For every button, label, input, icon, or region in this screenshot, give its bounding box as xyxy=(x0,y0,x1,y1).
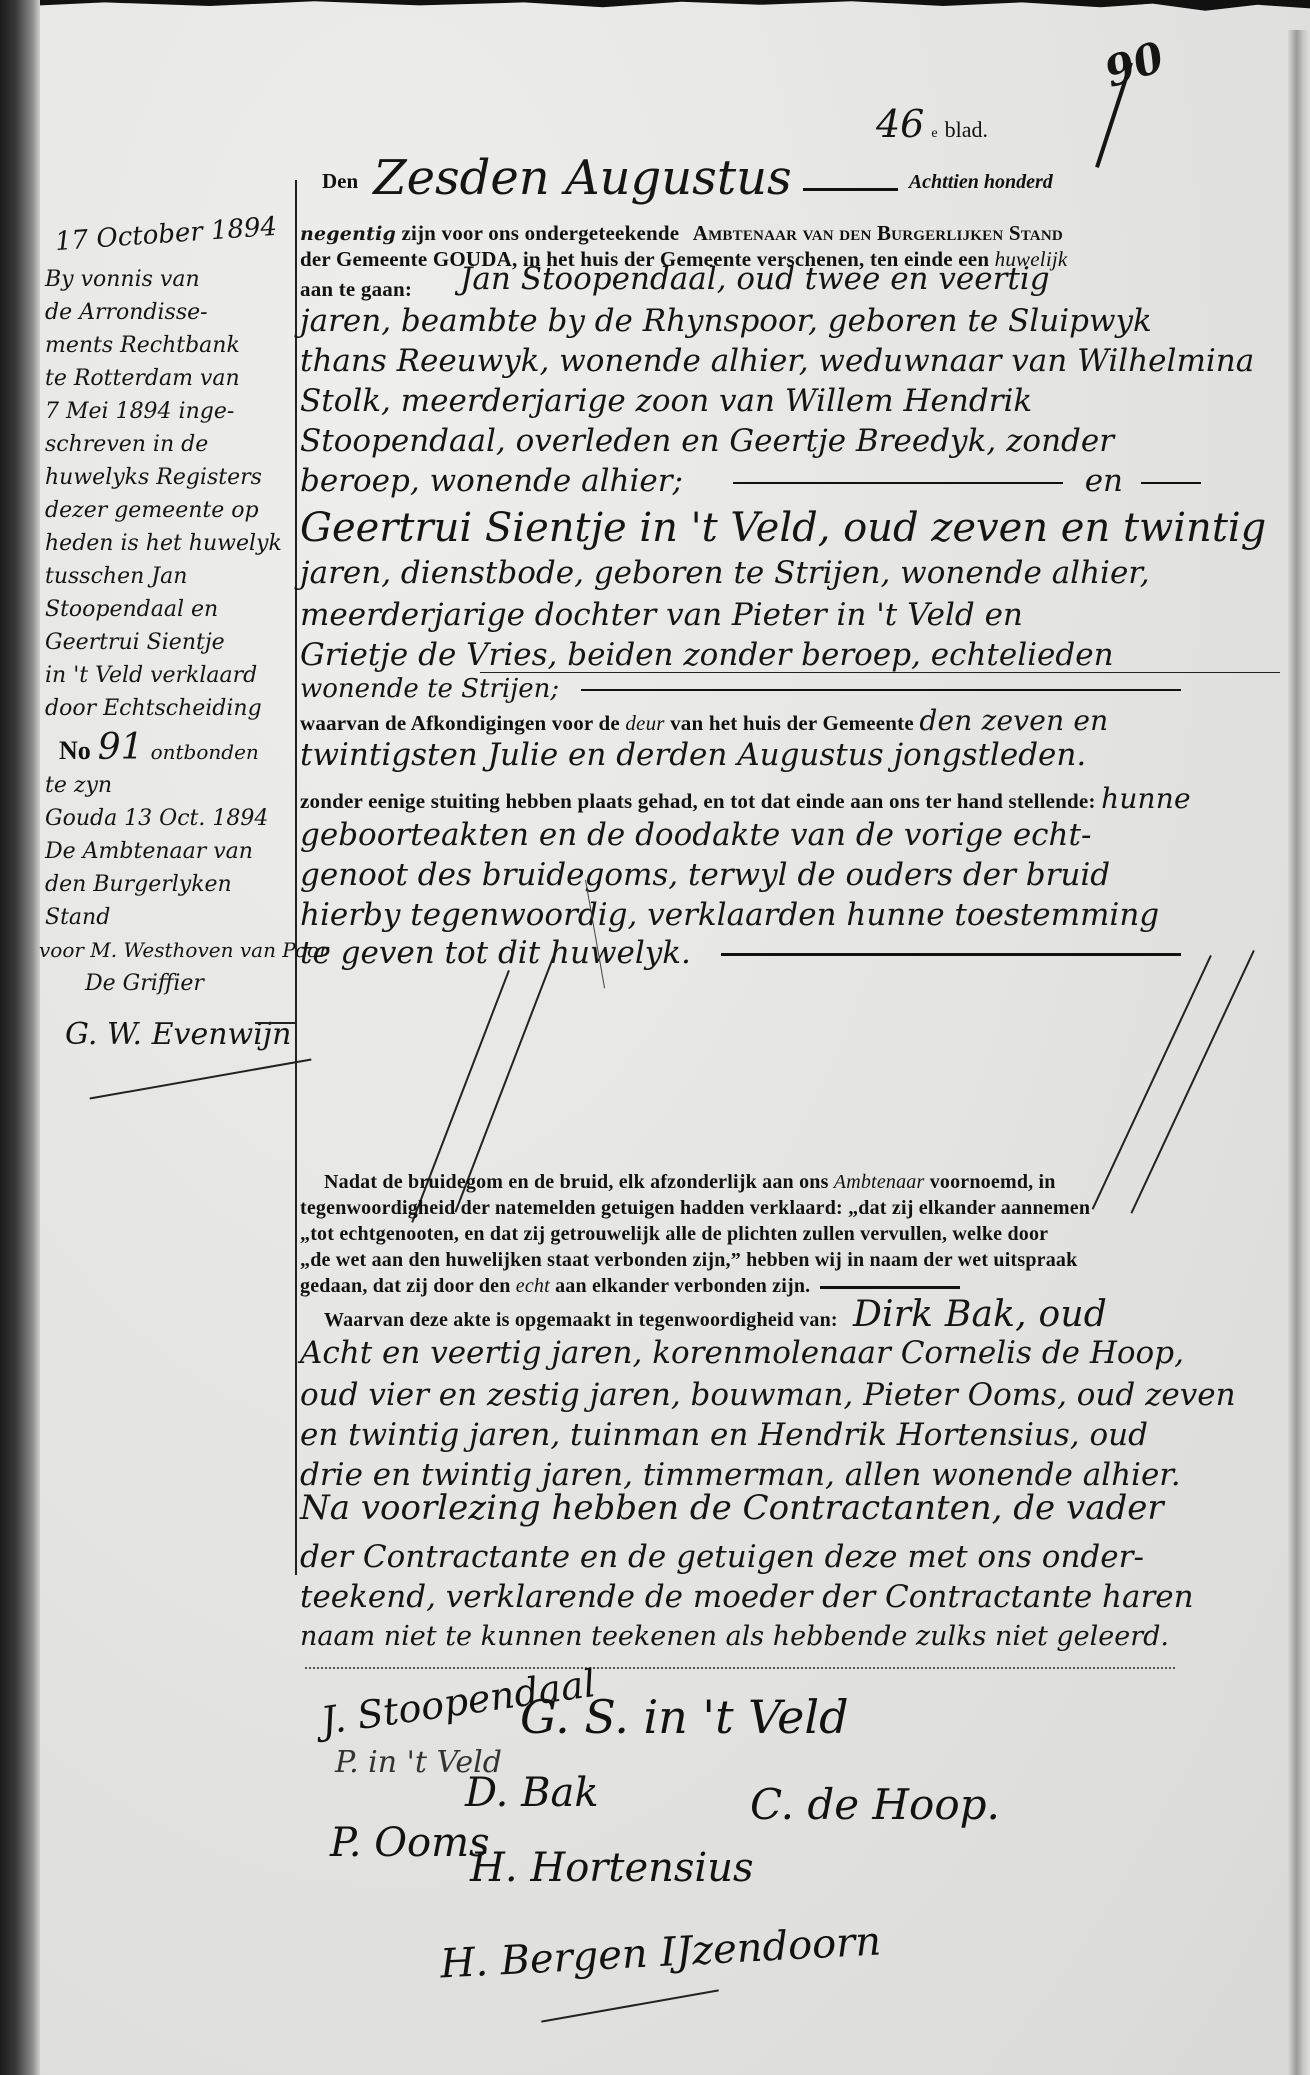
den-label: Den xyxy=(322,169,358,193)
margin-line: schreven in de xyxy=(45,428,290,461)
declaration-text-1b: voornoemd, in xyxy=(930,1171,1056,1193)
fill-rule xyxy=(581,689,1181,691)
margin-line: De Ambtenaar van xyxy=(45,835,290,868)
declaration-line-2: tegenwoordigheid der natemelden getuigen… xyxy=(300,1196,1285,1221)
documents-line-3: hierby tegenwoordig, verklaarden hunne t… xyxy=(300,898,1285,932)
witnesses-line-4: drie en twintig jaren, timmerman, allen … xyxy=(300,1458,1285,1492)
official-title: Ambtenaar van den Burgerlijken Stand xyxy=(693,221,1063,245)
margin-line: Stoopendaal en xyxy=(45,593,290,626)
witnesses-line-1: Acht en veertig jaren, korenmolenaar Cor… xyxy=(300,1336,1285,1370)
page-number-value: 46 xyxy=(876,102,924,146)
groom-bride-connector: en xyxy=(1085,463,1123,499)
number-value: 91 xyxy=(98,727,144,768)
year-print: Achttien honderd xyxy=(909,171,1053,193)
groom-line-6-text: beroep, wonende alhier; xyxy=(300,463,683,499)
declaration-line-1: Nadat de bruidegom en de bruid, elk afzo… xyxy=(300,1170,1285,1195)
bride-line-2: jaren, dienstbode, geboren te Strijen, w… xyxy=(300,556,1285,590)
signature-witness-bak: D. Bak xyxy=(465,1770,599,1816)
declaration-line-5: gedaan, dat zij door den echt aan elkand… xyxy=(300,1274,1285,1299)
witnesses-line-3: en twintig jaren, tuinman en Hendrik Hor… xyxy=(300,1418,1285,1452)
header-date-line: Den Zesden Augustus Achttien honderd xyxy=(300,150,1285,206)
date-script: Zesden Augustus xyxy=(373,150,791,206)
groom-line-5: Stoopendaal, overleden en Geertje Breedy… xyxy=(300,424,1285,458)
margin-griffier: De Griffier xyxy=(85,967,290,1000)
fill-rule xyxy=(820,1286,960,1289)
groom-line-2: jaren, beambte by de Rhynspoor, geboren … xyxy=(300,304,1285,338)
margin-rule xyxy=(295,180,297,1575)
declaration-text-1: Nadat de bruidegom en de bruid, elk afzo… xyxy=(324,1171,829,1193)
margin-tick xyxy=(255,1022,295,1024)
proclamation-line-2: twintigsten Julie en derden Augustus jon… xyxy=(300,738,1285,772)
bride-line-5: wonende te Strijen; xyxy=(300,672,1285,706)
witnesses-intro-line: Waarvan deze akte is opgemaakt in tegenw… xyxy=(300,1302,1285,1333)
signature-rule xyxy=(305,1667,1175,1669)
year-script: negentig xyxy=(300,223,396,245)
closing-line-4: naam niet te kunnen teekenen als hebbend… xyxy=(300,1620,1285,1654)
documents-line-2: genoot des bruidegoms, terwyl de ouders … xyxy=(300,858,1285,892)
margin-line: Stand xyxy=(45,901,290,934)
signature-witness-ooms: P. Ooms xyxy=(330,1820,490,1866)
groom-line-1: Jan Stoopendaal, oud twee en veertig xyxy=(460,262,1290,296)
page-number-suffix: e xyxy=(931,126,937,141)
closing-line-2: der Contractante en de getuigen deze met… xyxy=(300,1540,1285,1574)
margin-line: heden is het huwelyk xyxy=(45,527,290,560)
declaration-line-4: „de wet aan den huwelijken staat verbond… xyxy=(300,1248,1285,1273)
margin-line: By vonnis van xyxy=(45,263,290,296)
bride-line-3: meerderjarige dochter van Pieter in 't V… xyxy=(300,598,1285,632)
intro-line-1: negentig zijn voor ons ondergeteekende A… xyxy=(300,220,1285,247)
margin-line: te zyn xyxy=(45,769,290,802)
groom-line-3: thans Reeuwyk, wonende alhier, weduwnaar… xyxy=(300,344,1285,378)
margin-line: de Arrondisse- xyxy=(45,296,290,329)
declaration-text-5b: aan elkander verbonden zijn. xyxy=(555,1275,810,1297)
margin-number-line: No 91 ontbonden xyxy=(45,731,290,769)
fill-rule xyxy=(803,188,898,191)
documents-line-4: te geven tot dit huwelyk. xyxy=(300,936,1285,970)
proclamation-text-a: waarvan de Afkondigingen voor de xyxy=(300,711,620,735)
margin-line: in 't Veld verklaard xyxy=(45,659,290,692)
binding-shadow xyxy=(0,0,40,2075)
proclamation-line-3: zonder eenige stuiting hebben plaats geh… xyxy=(300,786,1285,814)
fill-rule xyxy=(721,953,1181,956)
signature-bride: G. S. in 't Veld xyxy=(520,1690,849,1744)
documents-line-4-text: te geven tot dit huwelyk. xyxy=(300,935,691,971)
margin-line: tusschen Jan xyxy=(45,560,290,593)
margin-line: 7 Mei 1894 inge- xyxy=(45,395,290,428)
witnesses-line-2: oud vier en zestig jaren, bouwman, Piete… xyxy=(300,1378,1285,1412)
bride-line-1: Geertrui Sientje in 't Veld, oud zeven e… xyxy=(300,505,1285,551)
declaration-text-5a: gedaan, dat zij door den xyxy=(300,1275,511,1297)
margin-line: Gouda 13 Oct. 1894 xyxy=(45,802,290,835)
closing-line-1: Na voorlezing hebben de Contractanten, d… xyxy=(300,1488,1285,1528)
declaration-echt: echt xyxy=(516,1275,550,1297)
number-label: No xyxy=(59,736,91,765)
margin-line: huwelyks Registers xyxy=(45,461,290,494)
declaration-ambtenaar: Ambtenaar xyxy=(834,1171,925,1193)
documents-line-1: geboorteakten en de doodakte van de vori… xyxy=(300,818,1285,852)
groom-line-4: Stolk, meerderjarige zoon van Willem Hen… xyxy=(300,384,1285,418)
number-after: ontbonden xyxy=(151,740,259,764)
witnesses-intro: Waarvan deze akte is opgemaakt in tegenw… xyxy=(324,1309,838,1331)
bride-line-4: Grietje de Vries, beiden zonder beroep, … xyxy=(300,638,1285,672)
page-label: blad. xyxy=(945,117,988,142)
margin-line: ments Rechtbank xyxy=(45,329,290,362)
margin-line: door Echtscheiding xyxy=(45,692,290,725)
margin-voor: voor M. Westhoven van Poor xyxy=(39,934,290,967)
intro-text-3: aan te gaan: xyxy=(300,277,412,301)
margin-annotation: 17 October 1894 By vonnis van de Arrondi… xyxy=(45,218,290,1051)
proclamation-deur: deur xyxy=(625,711,664,735)
intro-text-1: zijn voor ons ondergeteekende xyxy=(401,221,679,245)
witness-first: Dirk Bak, oud xyxy=(853,1294,1107,1335)
bride-line-5-text: wonende te Strijen; xyxy=(300,674,559,704)
declaration-line-3: „tot echtgenooten, en dat zij getrouweli… xyxy=(300,1222,1285,1247)
fill-rule xyxy=(733,482,1063,484)
groom-line-6: beroep, wonende alhier; en xyxy=(300,464,1285,498)
page-number: 46 e blad. xyxy=(876,102,988,146)
proclamation-text-c: zonder eenige stuiting hebben plaats geh… xyxy=(300,789,1096,813)
margin-line: den Burgerlyken xyxy=(45,868,290,901)
right-page-edge xyxy=(1288,30,1310,2075)
fill-rule xyxy=(1141,482,1201,484)
margin-line: dezer gemeente op xyxy=(45,494,290,527)
proclamation-script-c: hunne xyxy=(1101,782,1191,815)
margin-line: Geertrui Sientje xyxy=(45,626,290,659)
margin-line: te Rotterdam van xyxy=(45,362,290,395)
proclamation-line-1: waarvan de Afkondigingen voor de deur va… xyxy=(300,708,1285,736)
proclamation-script-a: den zeven en xyxy=(919,704,1108,737)
proclamation-text-b: van het huis der Gemeente xyxy=(670,711,914,735)
closing-line-3: teekend, verklarende de moeder der Contr… xyxy=(300,1580,1285,1614)
signature-witness-hortensius: H. Hortensius xyxy=(470,1845,754,1891)
signature-witness-de-hoop: C. de Hoop. xyxy=(750,1780,1000,1829)
